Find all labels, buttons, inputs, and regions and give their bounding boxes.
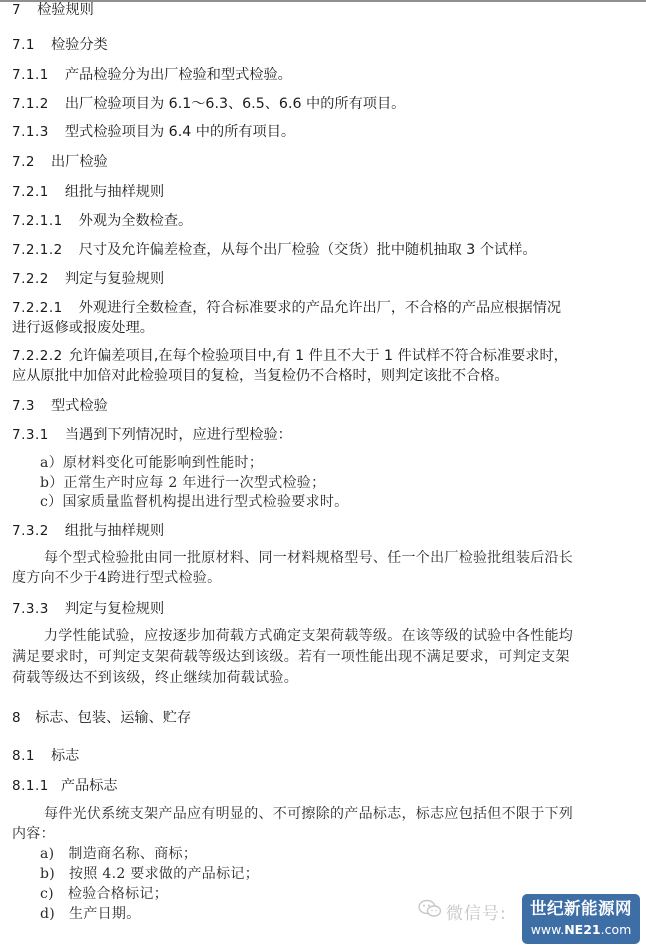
wechat-id-label: 微信号: [446, 899, 507, 924]
ne21-logo-badge: 世纪新能源网 www.NE21.com [522, 894, 640, 944]
clause-7-2-2-1-cont: 进行返修或报废处理。 [12, 320, 154, 336]
wechat-watermark: 微信号: [418, 898, 507, 924]
paragraph-8-1-1-line2: 内容： [12, 826, 55, 842]
clause-7-2-1-2: 7.2.1.2尺寸及允许偏差检查，从每个出厂检验（交货）批中随机抽取 3 个试样… [12, 242, 537, 258]
wechat-icon [418, 899, 442, 923]
section-7-3-heading: 7.3型式检验 [12, 398, 108, 414]
paragraph-7-3-2-line1: 每个型式检验批由同一批原材料、同一材料规格型号、任一个出厂检验批组装后沿长 [44, 550, 573, 566]
list-item-7-3-1-b: b）正常生产时应每 2 年进行一次型式检验； [40, 475, 325, 491]
section-7-3-2-heading: 7.3.2组批与抽样规则 [12, 523, 164, 539]
section-7-1-heading: 7.1检验分类 [12, 37, 108, 53]
list-item-8-1-1-b: b)按照 4.2 要求做的产品标记； [40, 866, 259, 882]
paragraph-7-3-3-line1: 力学性能试验，应按逐步加荷载方式确定支架荷载等级。在该等级的试验中各性能均 [44, 628, 573, 644]
list-item-8-1-1-a: a)制造商名称、商标； [40, 846, 197, 862]
list-item-7-3-1-a: a）原材料变化可能影响到性能时； [40, 455, 263, 471]
clause-7-2-2-2-cont: 应从原批中加倍对此检验项目的复检，当复检仍不合格时，则判定该批不合格。 [12, 368, 509, 384]
section-8-heading: 8标志、包装、运输、贮存 [12, 710, 191, 726]
clause-7-2-2-1: 7.2.2.1外观进行全数检查，符合标准要求的产品允许出厂，不合格的产品应根据情… [12, 300, 561, 316]
clause-7-2-2-2: 7.2.2.2允许偏差项目,在每个检验项目中,有 1 件且不大于 1 件试样不符… [12, 348, 568, 364]
clause-7-1-2: 7.1.2出厂检验项目为 6.1～6.3、6.5、6.6 中的所有项目。 [12, 96, 405, 112]
clause-7-2-1-1: 7.2.1.1外观为全数检查。 [12, 213, 192, 229]
badge-title: 世纪新能源网 [522, 899, 640, 919]
section-7-2-1-heading: 7.2.1组批与抽样规则 [12, 184, 164, 200]
paragraph-8-1-1-line1: 每件光伏系统支架产品应有明显的、不可擦除的产品标志，标志应包括但不限于下列 [44, 806, 573, 822]
section-7-2-2-heading: 7.2.2判定与复验规则 [12, 271, 164, 287]
clause-7-1-3: 7.1.3型式检验项目为 6.4 中的所有项目。 [12, 124, 295, 140]
top-border [0, 0, 646, 2]
section-7-2-heading: 7.2出厂检验 [12, 154, 108, 170]
list-item-8-1-1-d: d)生产日期。 [40, 906, 141, 922]
section-8-1-heading: 8.1标志 [12, 748, 79, 764]
paragraph-7-3-3-line2: 满足要求时，可判定支架荷载等级达到该级。若有一项性能出现不满足要求，可判定支架 [12, 649, 570, 665]
list-item-8-1-1-c: c)检验合格标记； [40, 886, 168, 902]
list-item-7-3-1-c: c）国家质量监督机构提出进行型式检验要求时。 [40, 494, 348, 510]
paragraph-7-3-2-line2: 度方向不少于4跨进行型式检验。 [12, 570, 221, 586]
clause-7-1-1: 7.1.1产品检验分为出厂检验和型式检验。 [12, 67, 292, 83]
section-8-1-1-heading: 8.1.1产品标志 [12, 778, 118, 794]
section-7-heading: 7检验规则 [12, 2, 94, 18]
paragraph-7-3-3-line3: 荷载等级达不到该级，终止继续加荷载试验。 [12, 670, 298, 686]
section-7-3-3-heading: 7.3.3判定与复检规则 [12, 601, 164, 617]
badge-url: www.NE21.com [522, 922, 640, 938]
clause-7-3-1: 7.3.1当遇到下列情况时，应进行型检验： [12, 427, 292, 443]
